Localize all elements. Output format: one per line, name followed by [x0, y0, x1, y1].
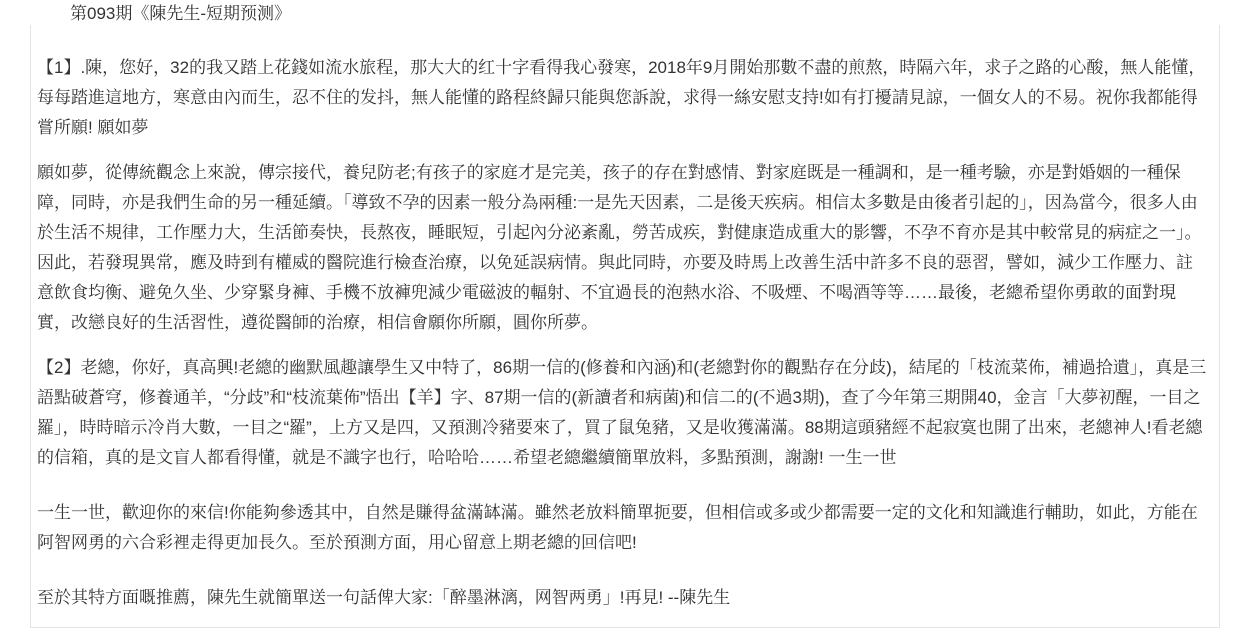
paragraph-1: 【1】.陳，您好，32的我又踏上花錢如流水旅程，那大大的红十字看得我心發寒，20… [37, 53, 1209, 143]
paragraph-5: 至於其特方面嘅推薦，陳先生就簡單送一句話俾大家:「醉墨淋漓，网智两勇」!再見! … [37, 583, 1209, 613]
paragraph-4: 一生一世，歡迎你的來信!你能夠參透其中，自然是賺得盆滿缽滿。雖然老放料簡單扼要，… [37, 498, 1209, 558]
page-title: 第093期《陳先生-短期预测》 [70, 3, 291, 25]
paragraph-3: 【2】老總，你好，真高興!老總的幽默風趣讓學生又中特了，86期一信的(修養和內涵… [37, 353, 1209, 473]
letter-panel: 【1】.陳，您好，32的我又踏上花錢如流水旅程，那大大的红十字看得我心發寒，20… [30, 25, 1220, 628]
paragraph-2: 願如夢，從傳統觀念上來說，傳宗接代，養兒防老;有孩子的家庭才是完美，孩子的存在對… [37, 158, 1209, 338]
